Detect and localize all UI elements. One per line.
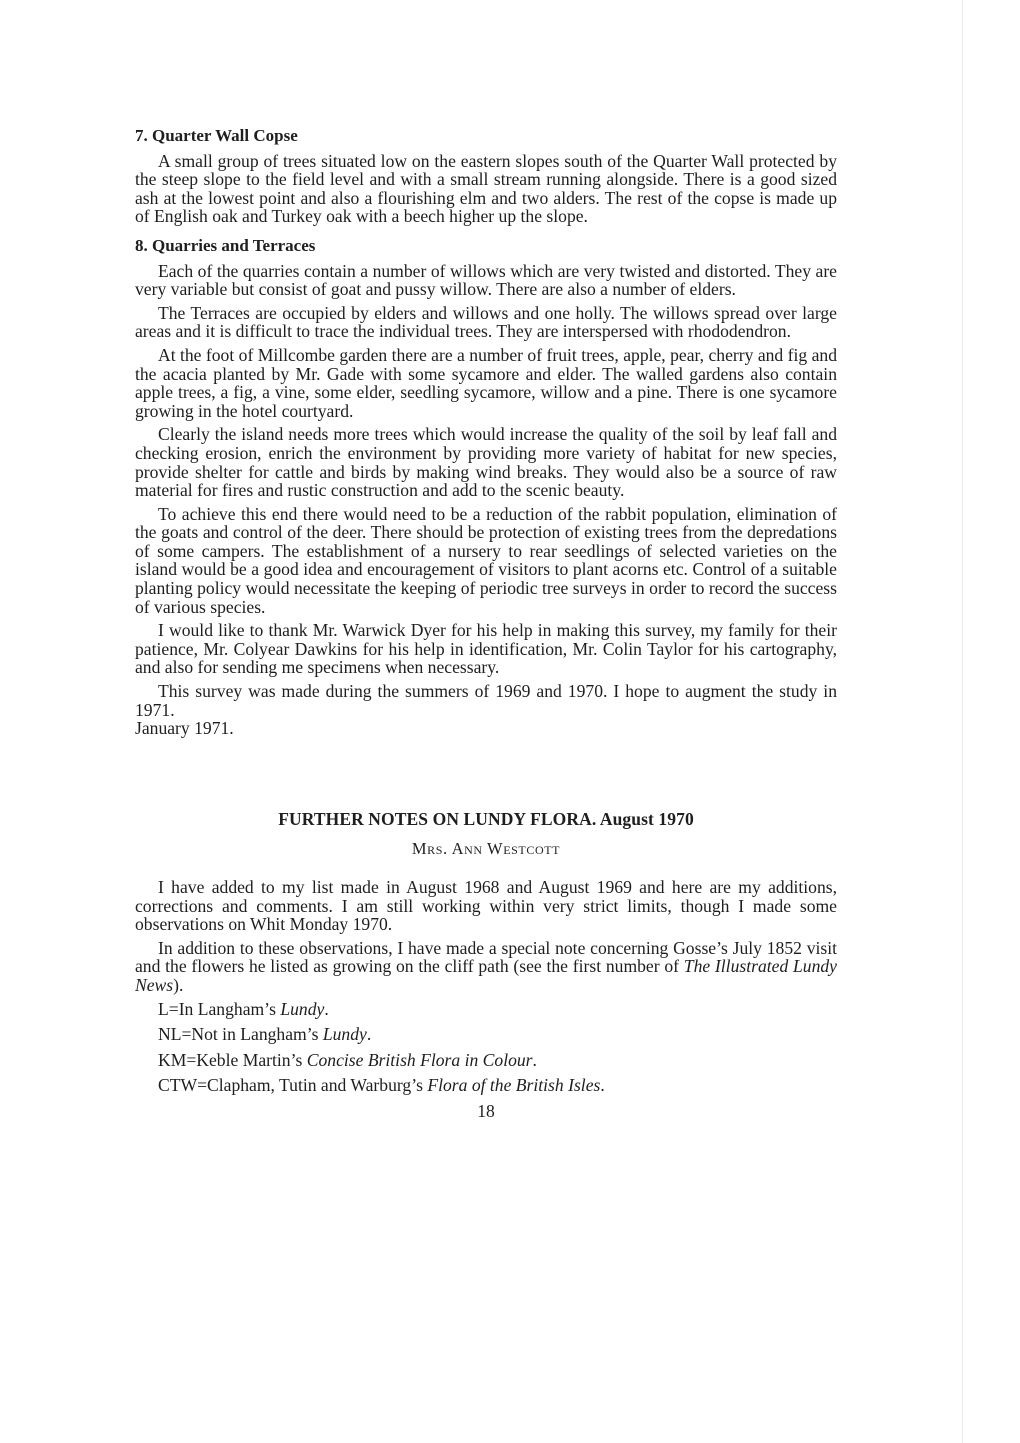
abbreviation-title: Concise British Flora in Colour bbox=[307, 1050, 533, 1070]
abbreviation-item: KM=Keble Martin’s Concise British Flora … bbox=[135, 1051, 837, 1070]
abbreviation-code: L bbox=[158, 999, 169, 1019]
abbreviation-code: KM bbox=[158, 1050, 186, 1070]
scan-edge-line bbox=[962, 0, 963, 1443]
abbreviation-title: Lundy bbox=[280, 999, 324, 1019]
needs-trees-paragraph: Clearly the island needs more trees whic… bbox=[135, 425, 837, 499]
page-number: 18 bbox=[135, 1102, 837, 1121]
recommendations-paragraph: To achieve this end there would need to … bbox=[135, 505, 837, 617]
quarries-paragraph: Each of the quarries contain a number of… bbox=[135, 262, 837, 299]
article-title-date: August 1970 bbox=[600, 809, 694, 829]
abbreviation-list: L=In Langham’s Lundy. NL=Not in Langham’… bbox=[135, 1000, 837, 1095]
abbreviation-item: L=In Langham’s Lundy. bbox=[135, 1000, 837, 1019]
abbreviation-tail: . bbox=[324, 999, 328, 1019]
section-8-heading: 8. Quarries and Terraces bbox=[135, 237, 837, 256]
abbreviation-text: Not in Langham’s bbox=[191, 1024, 322, 1044]
abbreviation-code: NL bbox=[158, 1024, 181, 1044]
abbreviation-tail: . bbox=[600, 1075, 604, 1095]
gosse-tail: ). bbox=[173, 975, 183, 995]
gosse-paragraph: In addition to these observations, I hav… bbox=[135, 939, 837, 995]
abbreviation-text: In Langham’s bbox=[179, 999, 281, 1019]
terraces-paragraph: The Terraces are occupied by elders and … bbox=[135, 304, 837, 341]
survey-dates-paragraph: This survey was made during the summers … bbox=[135, 682, 837, 719]
abbreviation-title: Lundy bbox=[323, 1024, 367, 1044]
abbreviation-text: Keble Martin’s bbox=[196, 1050, 306, 1070]
article-intro-paragraph: I have added to my list made in August 1… bbox=[135, 878, 837, 934]
section-7-heading: 7. Quarter Wall Copse bbox=[135, 127, 837, 146]
abbreviation-code: CTW bbox=[158, 1075, 197, 1095]
article-title-text: FURTHER NOTES ON LUNDY FLORA. bbox=[278, 809, 596, 829]
abbreviation-tail: . bbox=[367, 1024, 371, 1044]
abbreviation-title: Flora of the British Isles bbox=[427, 1075, 600, 1095]
acknowledgements-paragraph: I would like to thank Mr. Warwick Dyer f… bbox=[135, 621, 837, 677]
millcombe-paragraph: At the foot of Millcombe garden there ar… bbox=[135, 346, 837, 420]
abbreviation-item: NL=Not in Langham’s Lundy. bbox=[135, 1025, 837, 1044]
article-author: Mrs. Ann Westcott bbox=[135, 840, 837, 859]
abbreviation-tail: . bbox=[533, 1050, 537, 1070]
article-header: FURTHER NOTES ON LUNDY FLORA. August 197… bbox=[135, 810, 837, 859]
abbreviation-item: CTW=Clapham, Tutin and Warburg’s Flora o… bbox=[135, 1076, 837, 1095]
abbreviation-text: Clapham, Tutin and Warburg’s bbox=[207, 1075, 427, 1095]
document-page: 7. Quarter Wall Copse A small group of t… bbox=[135, 127, 837, 1121]
article-title: FURTHER NOTES ON LUNDY FLORA. August 197… bbox=[135, 810, 837, 829]
section-date: January 1971. bbox=[135, 719, 837, 738]
section-7-paragraph: A small group of trees situated low on t… bbox=[135, 152, 837, 226]
